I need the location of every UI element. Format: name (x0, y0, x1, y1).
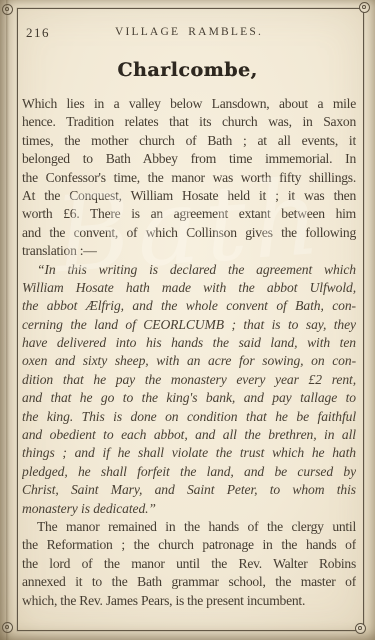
running-title: VILLAGE RAMBLES. (22, 26, 356, 38)
text-line: At the Conquest, William Hosate held it … (22, 187, 356, 205)
text-line: and that he go to the king's bank, and p… (22, 389, 356, 407)
text-line: Which lies in a valley below Lansdown, a… (22, 95, 356, 113)
text-line: the abbot Ælfrig, and the whole convent … (22, 297, 356, 315)
body-text: Which lies in a valley below Lansdown, a… (22, 95, 356, 610)
text-line: oxen and sixty sheep, with an acre for s… (22, 352, 356, 370)
book-page-scan: 216 VILLAGE RAMBLES. Charlcombe, Bath Wh… (0, 0, 375, 640)
text-line: annexed it to the Bath grammar school, t… (22, 573, 356, 591)
text-line: hence. Tradition relates that its church… (22, 113, 356, 131)
chapter-heading: Charlcombe, (0, 59, 375, 81)
text-line: which, the Rev. James Pears, is the pres… (22, 592, 356, 610)
text-line: and obedient to each abbot, and all the … (22, 426, 356, 444)
paragraph: Which lies in a valley below Lansdown, a… (22, 95, 356, 261)
text-line: monastery is dedicated.” (22, 500, 356, 518)
text-line: times, the mother church of Bath ; at al… (22, 132, 356, 150)
corner-ornament-bottom-left-icon (2, 622, 13, 633)
corner-ornament-top-left-icon (2, 4, 13, 15)
text-line: the Confessor's time, the manor was wort… (22, 169, 356, 187)
text-line: the lord of the manor until the Rev. Wal… (22, 555, 356, 573)
text-line: dition that he pay the monastery every y… (22, 371, 356, 389)
corner-ornament-bottom-right-icon (355, 623, 366, 634)
text-line: pledged, he shall forfeit the land, and … (22, 463, 356, 481)
text-line: the king. This is done on condition that… (22, 408, 356, 426)
paragraph: “In this writing is declared the agreeme… (22, 261, 356, 518)
text-line: worth £6. There is an agreement extant b… (22, 205, 356, 223)
text-line: The manor remained in the hands of the c… (22, 518, 356, 536)
paragraph: The manor remained in the hands of the c… (22, 518, 356, 610)
page-header: 216 VILLAGE RAMBLES. (22, 25, 356, 41)
text-line: Christ, Saint Mary, and Saint Peter, to … (22, 481, 356, 499)
text-line: things ; and if he shall violate the tru… (22, 444, 356, 462)
text-line: and the convent, of which Collinson give… (22, 224, 356, 242)
page-crease (6, 0, 9, 640)
text-line: translation :— (22, 242, 356, 260)
text-line: cerning the land of CEORLCUMB ; that is … (22, 316, 356, 334)
text-line: the Reformation ; the church patronage i… (22, 536, 356, 554)
text-line: William Hosate hath made with the abbot … (22, 279, 356, 297)
corner-ornament-top-right-icon (359, 2, 370, 13)
text-line: belonged to Bath Abbey from time immemor… (22, 150, 356, 168)
text-line: “In this writing is declared the agreeme… (22, 261, 356, 279)
text-line: have delivered into his hands the said l… (22, 334, 356, 352)
